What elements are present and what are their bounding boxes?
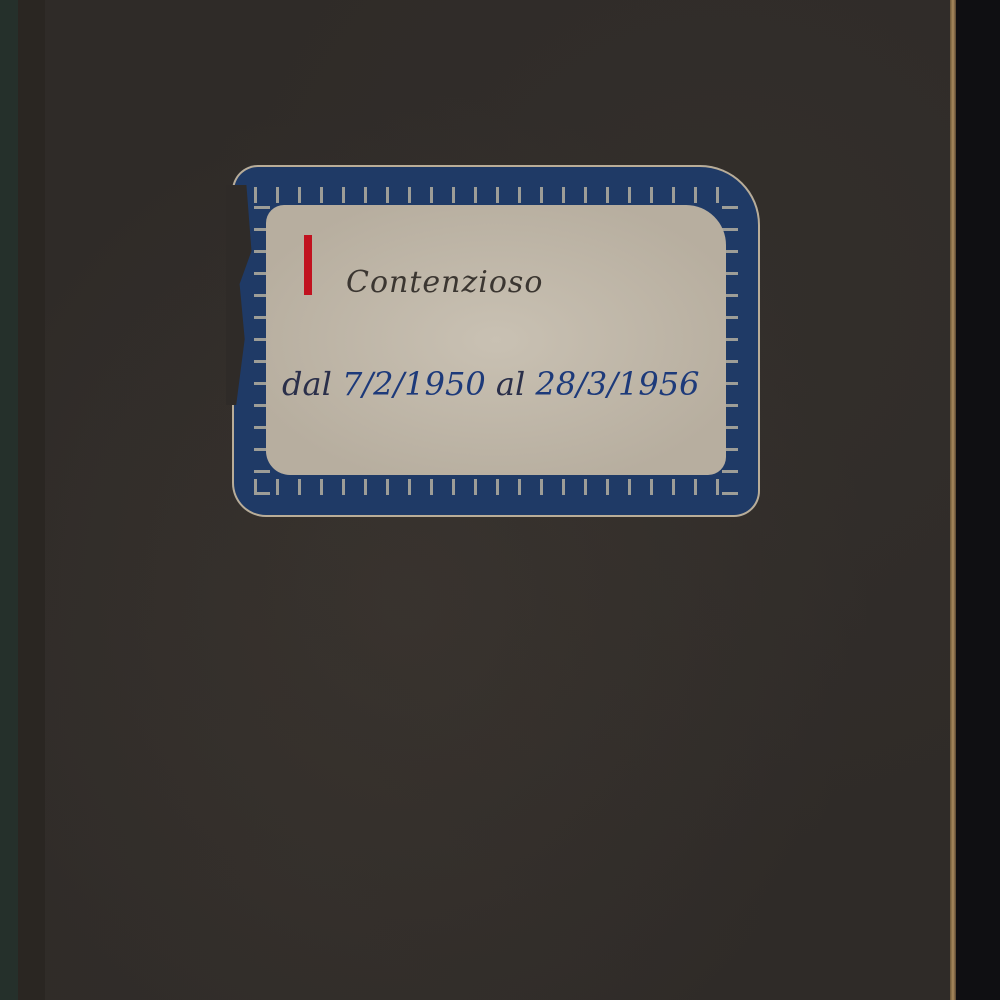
date-connector: al: [496, 365, 525, 403]
end-date: 28/3/1956: [535, 365, 699, 403]
start-date: 7/2/1950: [342, 365, 486, 403]
cover-label: Contenzioso dal 7/2/1950 al 28/3/1956: [232, 165, 760, 517]
background: [956, 0, 1000, 1000]
red-mark: [304, 235, 312, 295]
date-prefix: dal: [282, 365, 332, 403]
spine: [18, 0, 45, 1000]
label-date-range: dal 7/2/1950 al 28/3/1956: [282, 365, 699, 403]
label-title: Contenzioso: [346, 265, 543, 300]
label-paper: Contenzioso dal 7/2/1950 al 28/3/1956: [266, 205, 726, 475]
spine-green-binding: [0, 0, 18, 1000]
